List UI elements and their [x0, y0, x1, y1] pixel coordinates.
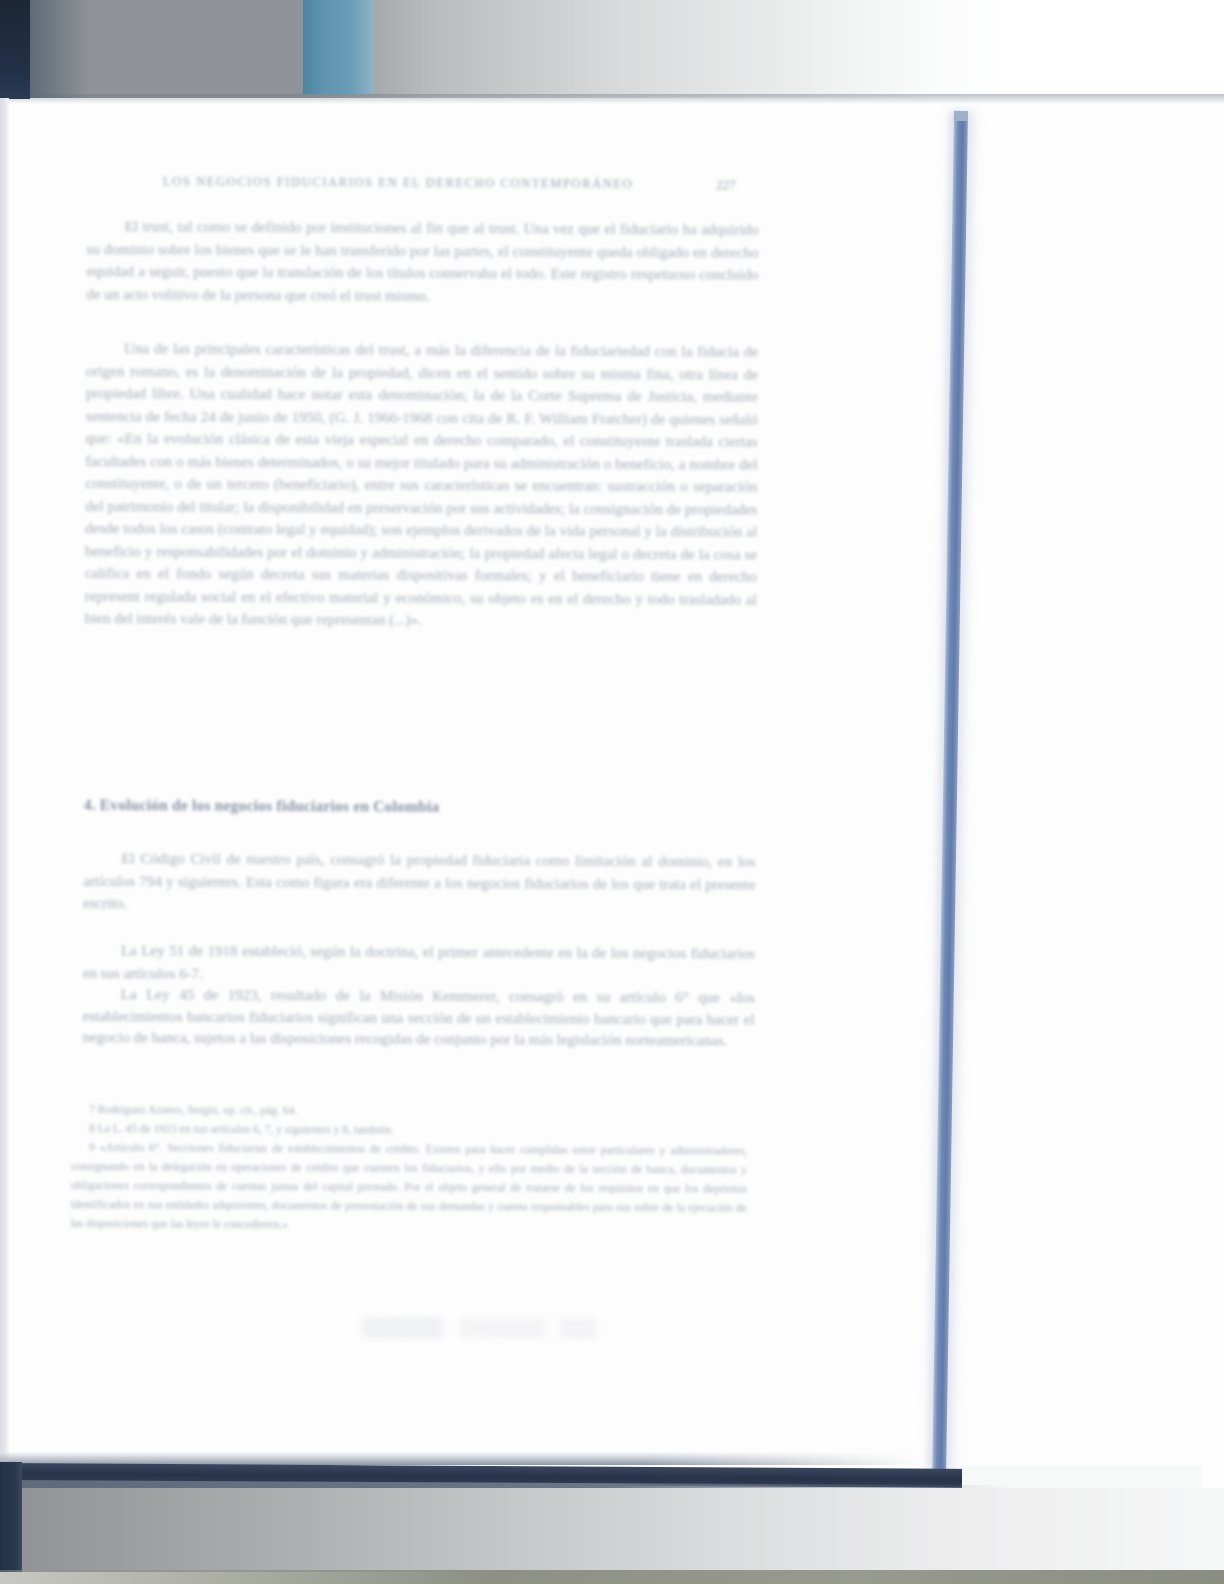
- scanner-bottom-strip: [0, 1570, 1224, 1584]
- running-header: LOS NEGOCIOS FIDUCIARIOS EN EL DERECHO C…: [163, 174, 685, 192]
- scanned-book-page: LOS NEGOCIOS FIDUCIARIOS EN EL DERECHO C…: [0, 0, 1224, 1584]
- paragraph-1: El trust, tal como se definido por insti…: [86, 216, 758, 310]
- page-content: LOS NEGOCIOS FIDUCIARIOS EN EL DERECHO C…: [0, 0, 1224, 1584]
- footnotes-block: 7 Rodríguez Azuero, Sergio, op. cit., pá…: [70, 1101, 747, 1238]
- backing-sheet: [0, 1488, 1224, 1572]
- paragraph-2: Una de las principales características d…: [85, 338, 759, 634]
- section-paragraph-3: La Ley 45 de 1923, resultado de la Misió…: [82, 985, 754, 1053]
- footnote-9: 9 «Artículo 6°. Secciones fiduciarias de…: [70, 1139, 746, 1238]
- section-heading: 4. Evolución de los negocios fiduciarios…: [84, 797, 744, 818]
- book-cover-left-corner: [0, 1462, 22, 1572]
- section-paragraph-2: La Ley 51 de 1918 estableció, según la d…: [83, 940, 755, 989]
- section-paragraph-1: El Código Civil de nuestro país, consagr…: [83, 848, 755, 919]
- page-number: 227: [716, 177, 762, 193]
- ink-bleed-smudge: [362, 1317, 597, 1338]
